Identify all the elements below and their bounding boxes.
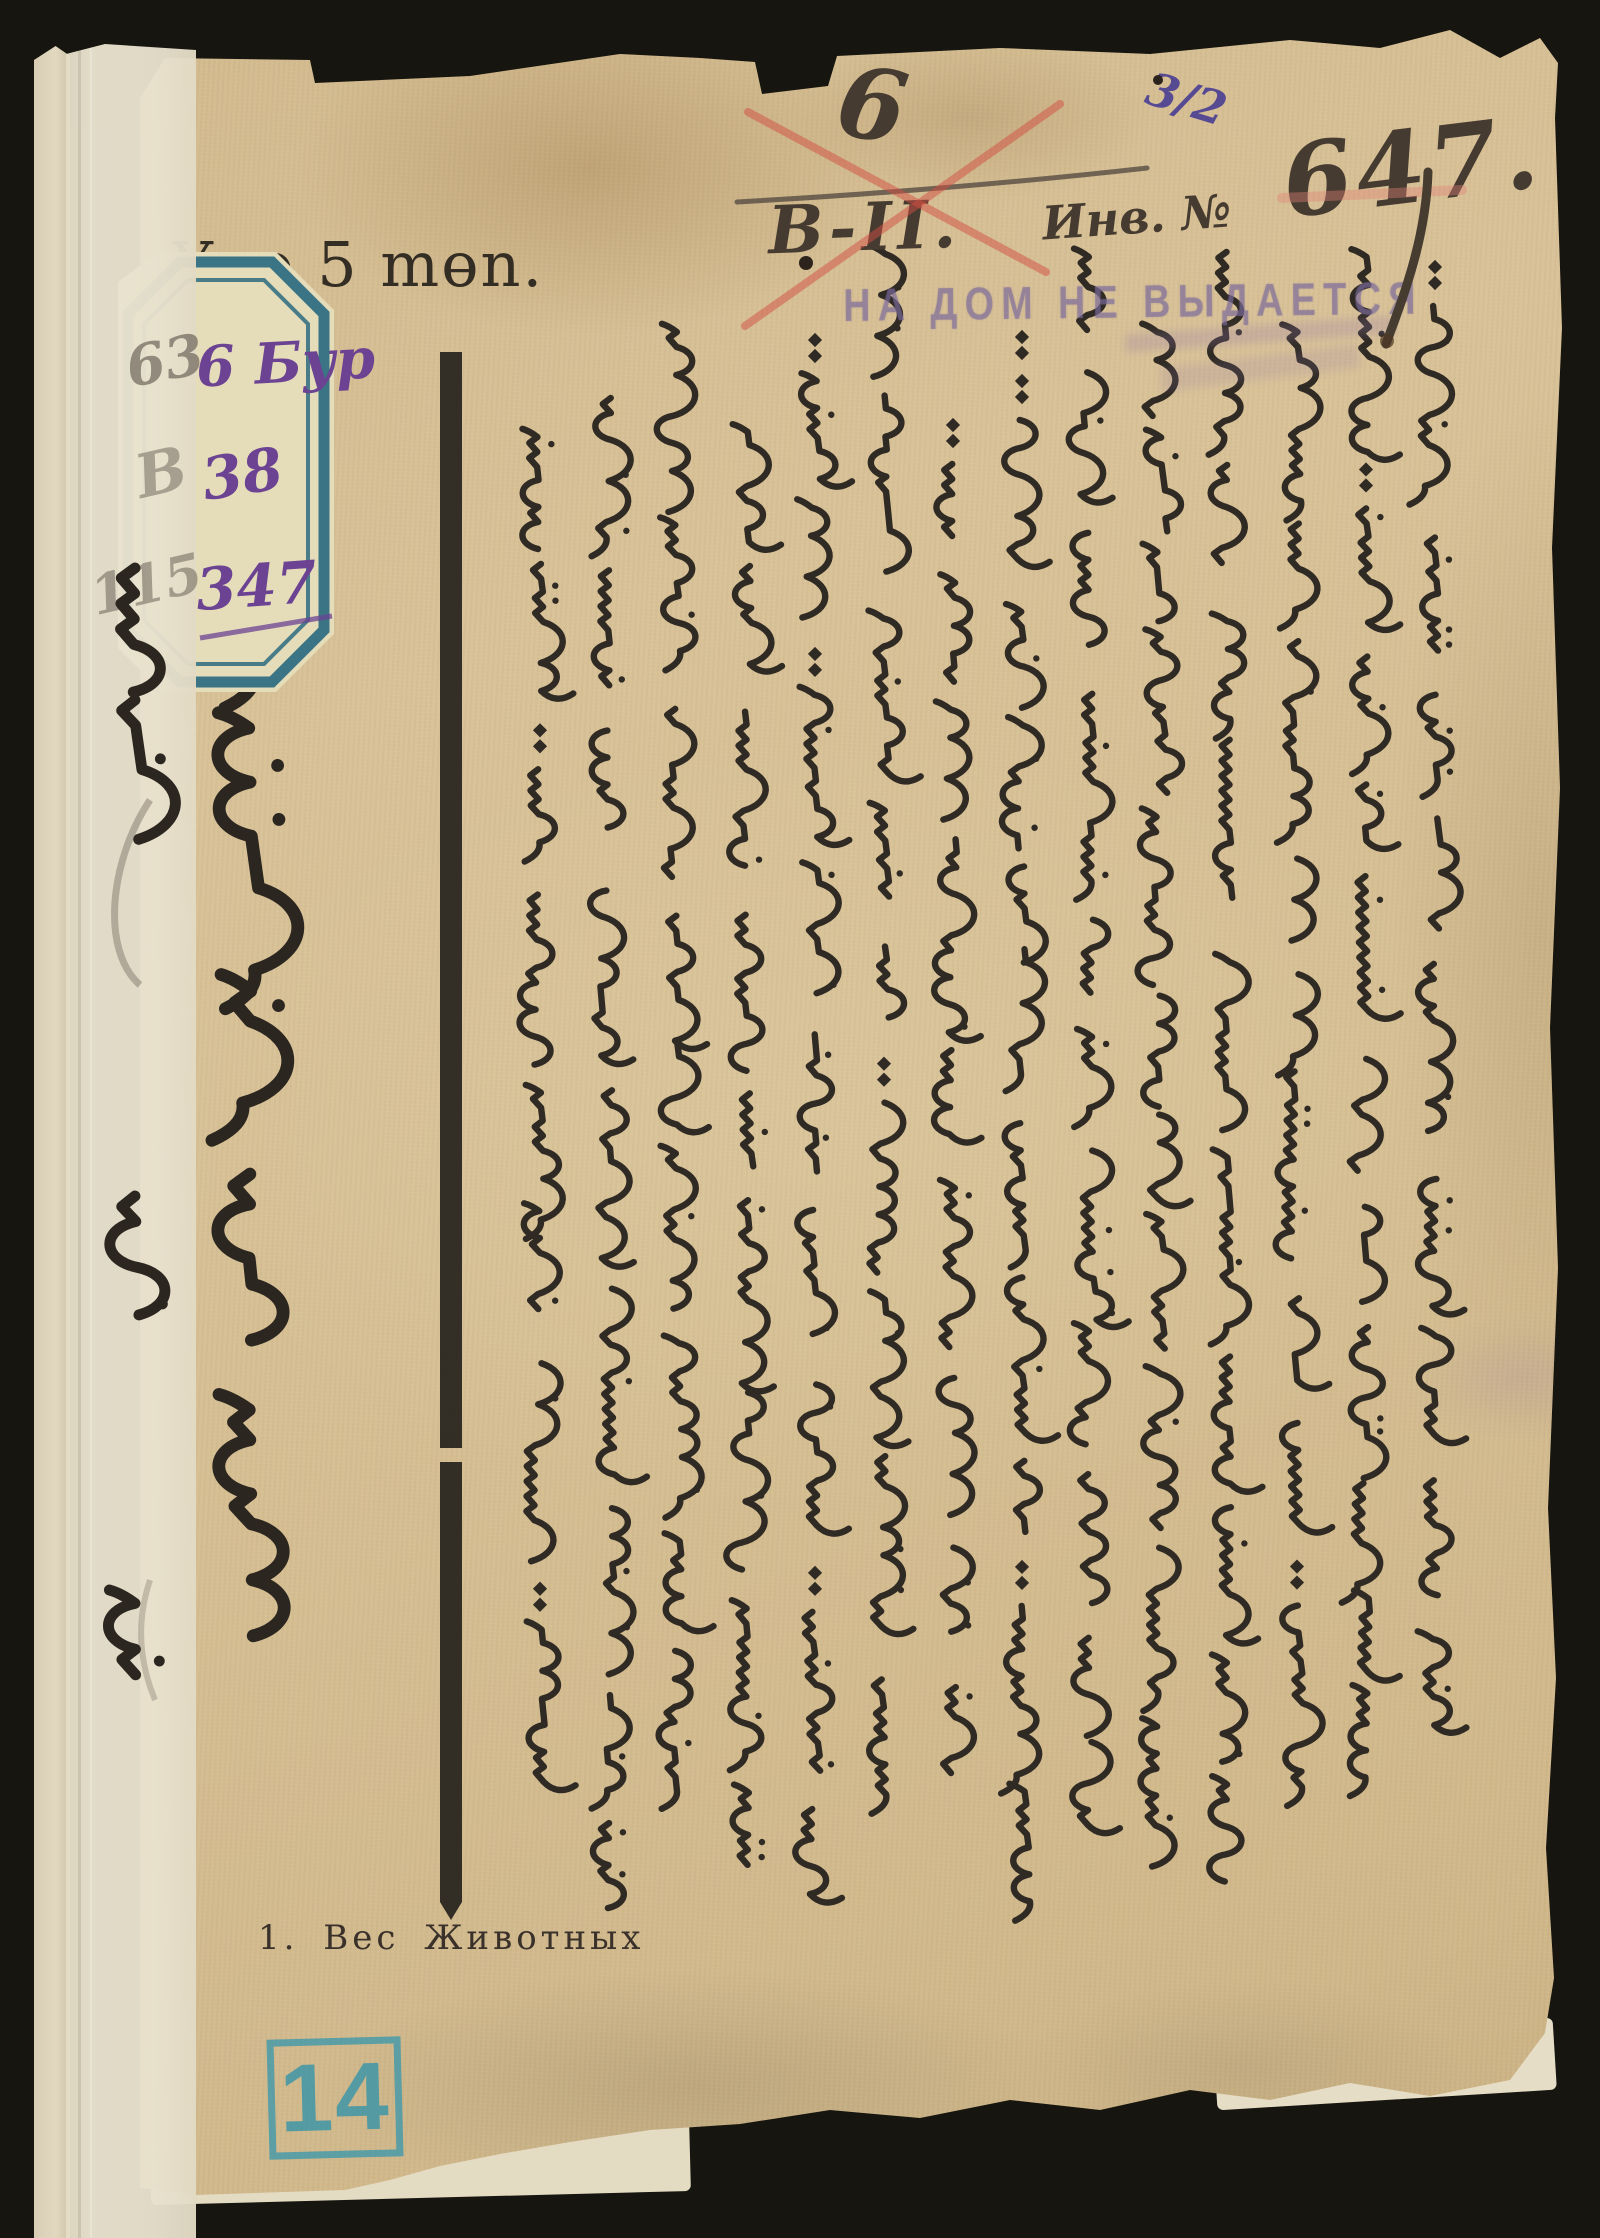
- page-number-stamp: 14: [266, 2036, 403, 2159]
- scanned-page: Ynə 5 mөn. 6 Бур 38 347 63 В 115 6 3/2 В…: [0, 0, 1600, 2238]
- backing-sheet-edge: [34, 46, 70, 2238]
- no-lending-stamp: НА ДОМ НЕ ВЫДАЕТСЯ: [843, 271, 1423, 332]
- label-call-number-line2: 38: [197, 434, 287, 514]
- page-number-stamp-value: 14: [278, 2042, 392, 2155]
- label-call-number-line1: 6 Бур: [194, 325, 376, 400]
- handwritten-series: В-II.: [767, 185, 963, 270]
- label-call-number-line3: 347: [194, 548, 320, 624]
- russian-footnote: 1. Вес Животных: [258, 1918, 644, 1958]
